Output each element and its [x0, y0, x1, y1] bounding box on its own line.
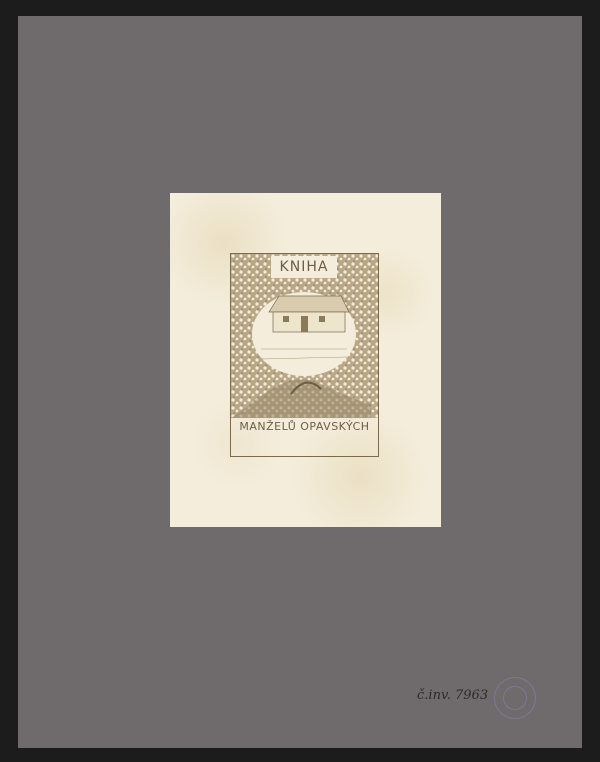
museum-stamp-icon — [494, 677, 536, 719]
bookplate-card: KNIHA MANŽELŮ OPAVSKÝCH — [170, 193, 441, 527]
cottage-landscape-illustration: KNIHA — [231, 254, 378, 418]
bookplate-title: KNIHA — [271, 256, 337, 278]
bookplate-frame: KNIHA MANŽELŮ OPAVSKÝCH — [230, 253, 379, 457]
inventory-note: č.inv. 7963 — [417, 688, 488, 703]
bookplate-owners: MANŽELŮ OPAVSKÝCH — [231, 420, 378, 433]
